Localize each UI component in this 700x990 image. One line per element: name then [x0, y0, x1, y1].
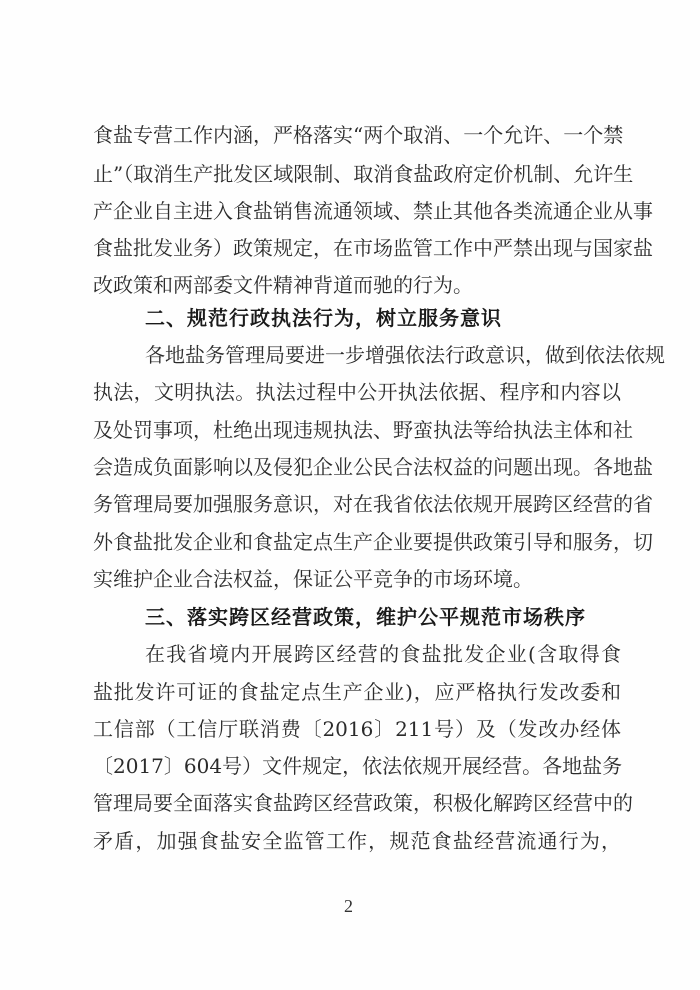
section-2-heading: 二、规范行政执法行为，树立服务意识 [145, 305, 502, 331]
section-3-line-2: 盐批发许可证的食盐定点生产企业)，应严格执行发改委和 [93, 679, 621, 705]
section-2-line-6: 外食盐批发企业和食盐定点生产企业要提供政策引导和服务，切 [93, 529, 621, 555]
page-number: 2 [344, 896, 353, 917]
section-2-line-2: 执法，文明执法。执法过程中公开执法依据、程序和内容以 [93, 379, 621, 405]
intro-line-2: 止”（取消生产批发区域限制、取消食盐政府定价机制、允许生 [93, 161, 621, 187]
intro-line-4: 食盐批发业务）政策规定，在市场监管工作中严禁出现与国家盐 [93, 235, 621, 261]
section-2-line-1: 各地盐务管理局要进一步增强依法行政意识，做到依法依规 [145, 342, 621, 368]
section-2-line-5: 务管理局要加强服务意识，对在我省依法依规开展跨区经营的省 [93, 491, 621, 517]
section-3-line-5: 管理局要全面落实食盐跨区经营政策，积极化解跨区经营中的 [93, 790, 621, 816]
section-2-line-7: 实维护企业合法权益，保证公平竞争的市场环境。 [93, 566, 621, 592]
document-page: 食盐专营工作内涵，严格落实“两个取消、一个允许、一个禁 止”（取消生产批发区域限… [0, 0, 700, 990]
section-3-heading: 三、落实跨区经营政策，维护公平规范市场秩序 [145, 604, 586, 630]
intro-line-1: 食盐专营工作内涵，严格落实“两个取消、一个允许、一个禁 [93, 122, 621, 148]
section-2-line-4: 会造成负面影响以及侵犯企业公民合法权益的问题出现。各地盐 [93, 454, 621, 480]
section-3-line-4: 〔2017〕604号）文件规定，依法依规开展经营。各地盐务 [93, 753, 621, 779]
section-3-line-3: 工信部（工信厅联消费〔2016〕211号）及（发改办经体 [93, 716, 621, 742]
intro-line-5: 改政策和两部委文件精神背道而驰的行为。 [93, 272, 621, 298]
section-2-line-3: 及处罚事项，杜绝出现违规执法、野蛮执法等给执法主体和社 [93, 417, 621, 443]
intro-line-3: 产企业自主进入食盐销售流通领域、禁止其他各类流通企业从事 [93, 198, 621, 224]
section-3-line-6: 矛盾，加强食盐安全监管工作，规范食盐经营流通行为， [93, 828, 621, 854]
section-3-line-1: 在我省境内开展跨区经营的食盐批发企业(含取得食 [145, 641, 621, 667]
